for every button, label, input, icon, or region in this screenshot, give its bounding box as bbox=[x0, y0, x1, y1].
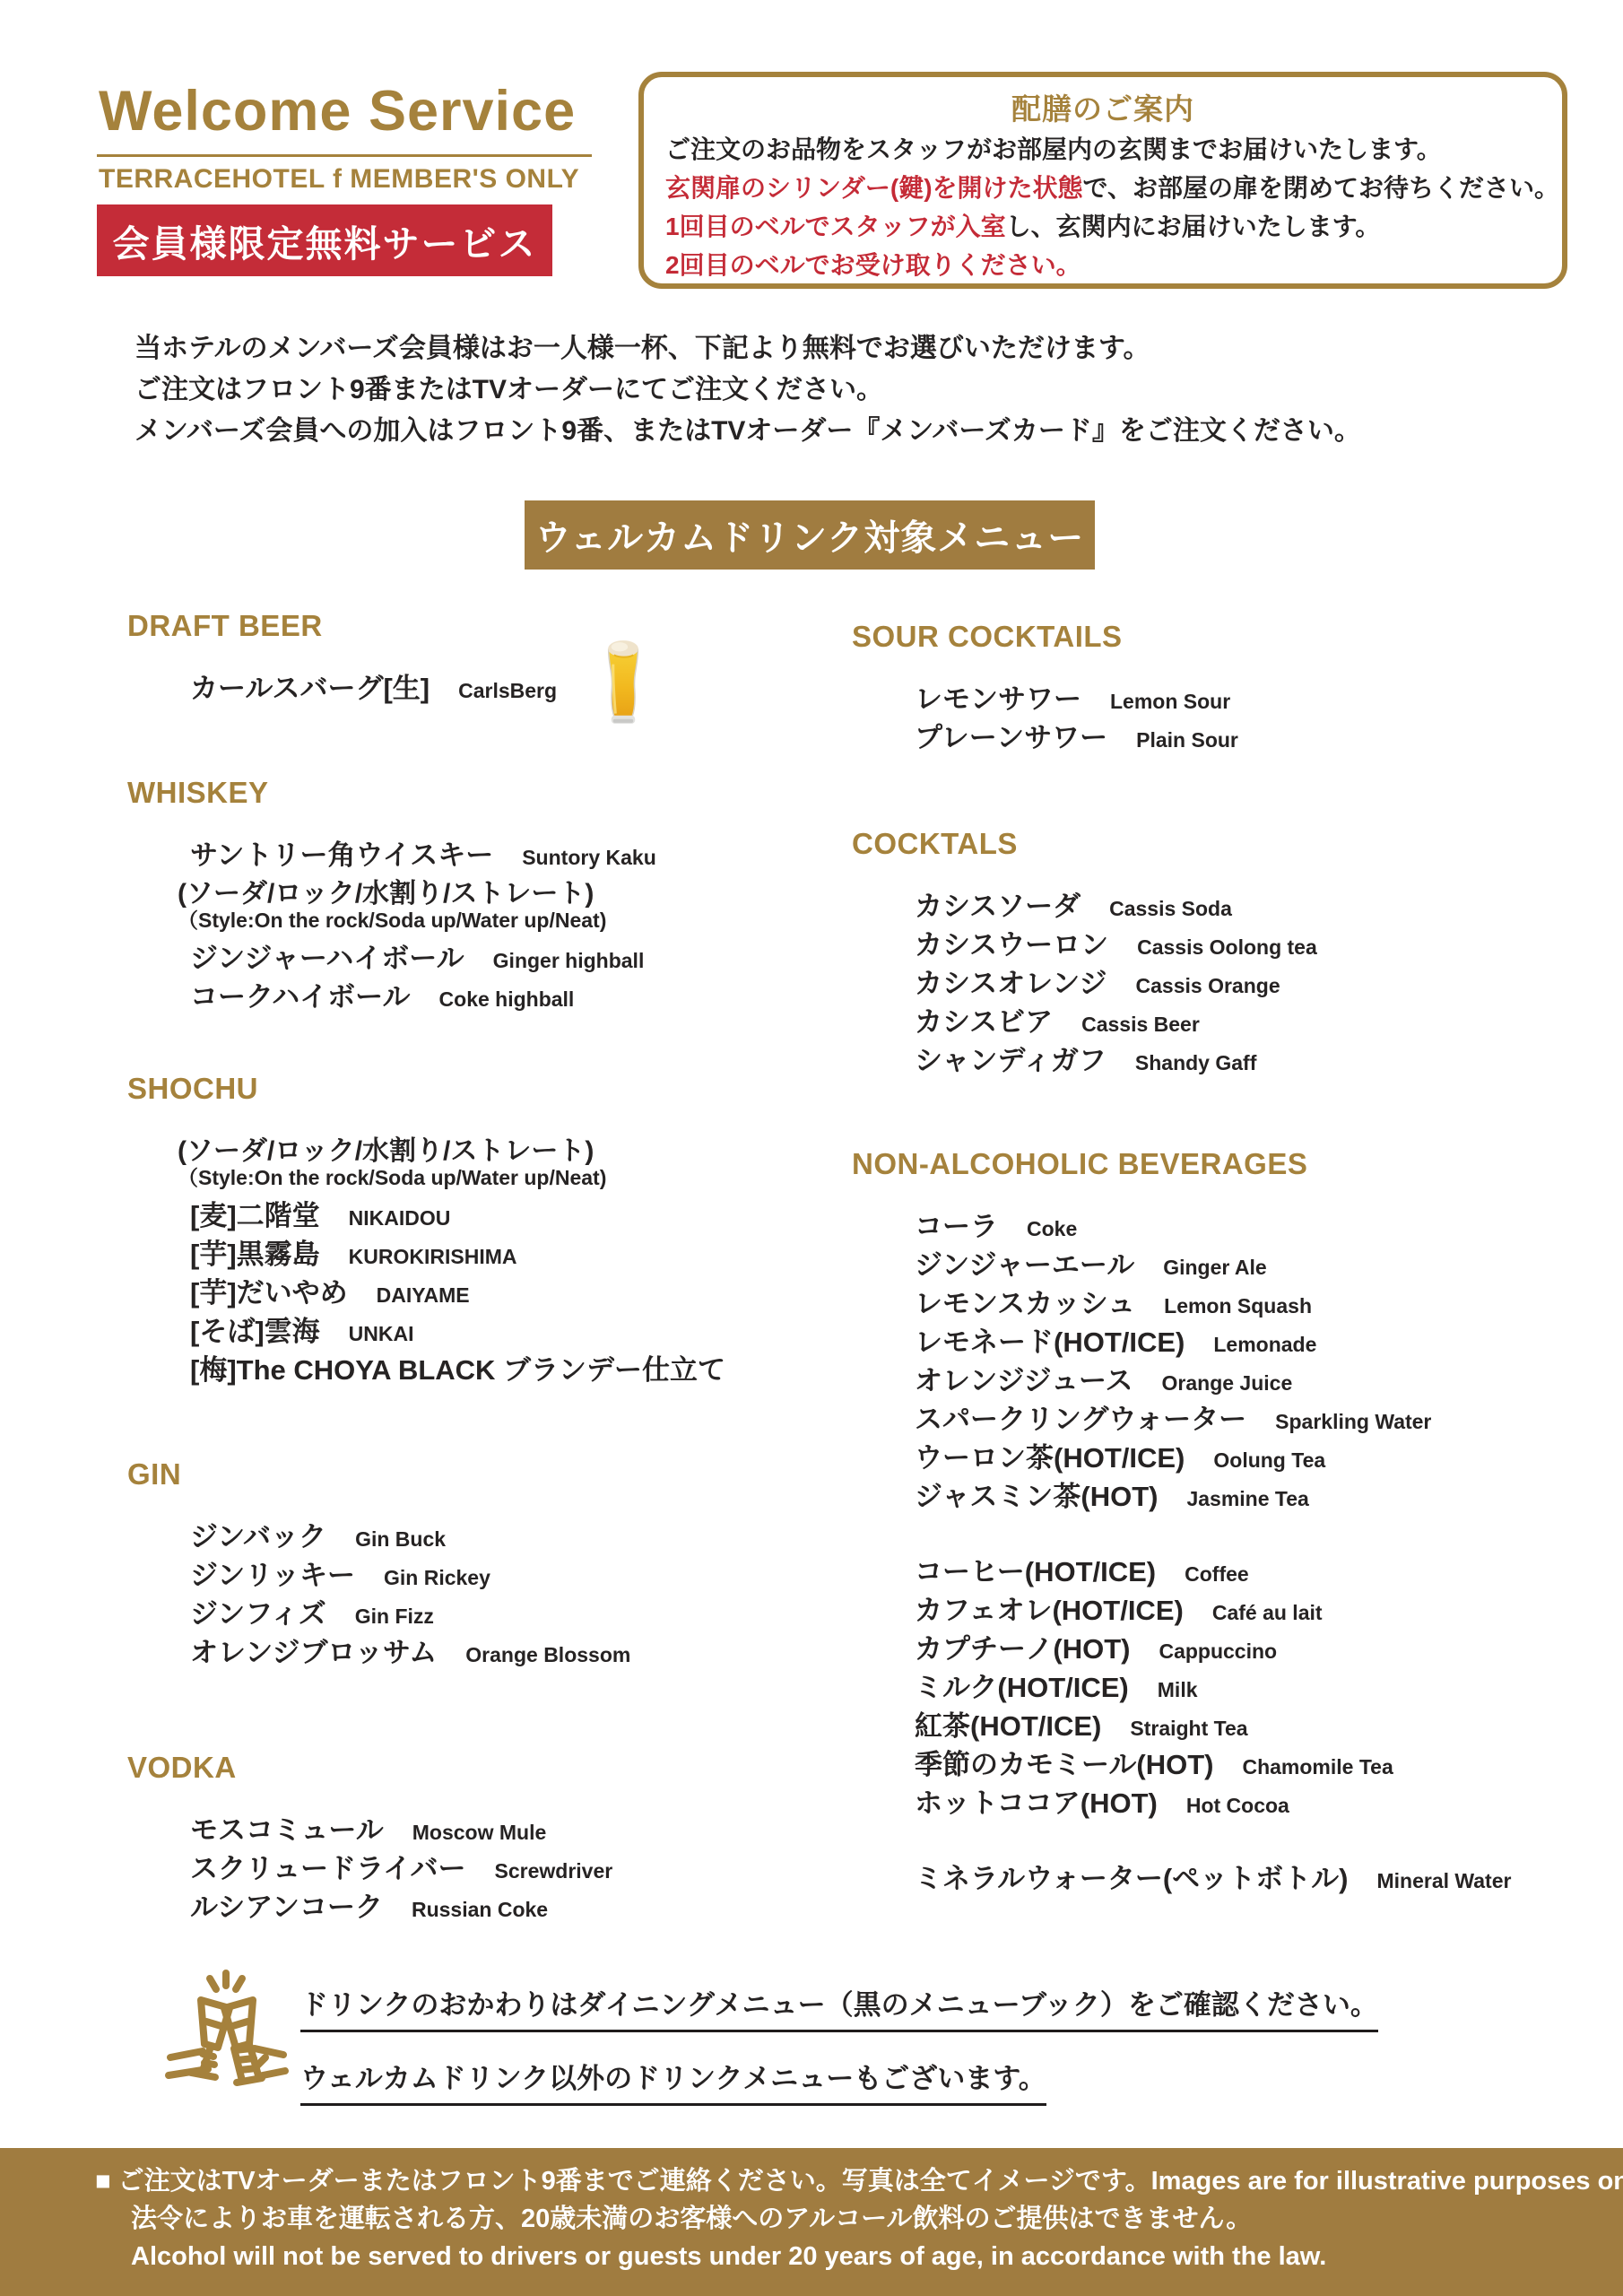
menu-item: オレンジブロッサムOrange Blossom bbox=[190, 1630, 845, 1668]
item-name-en: Cassis Beer bbox=[1081, 1013, 1200, 1037]
section-title-draft-beer: DRAFT BEER bbox=[127, 608, 845, 644]
page-title: Welcome Service bbox=[99, 79, 576, 143]
menu-item: コークハイボールCoke highball bbox=[190, 974, 845, 1013]
delivery-instruction-line: ご注文のお品物をスタッフがお部屋内の玄関までお届けいたします。 bbox=[665, 130, 1546, 169]
item-name-en: Oolung Tea bbox=[1213, 1448, 1325, 1473]
item-name-en: NIKAIDOU bbox=[349, 1206, 451, 1231]
menu-item: レモンスカッシュLemon Squash bbox=[915, 1281, 1569, 1319]
menu-item: ルシアンコークRussian Coke bbox=[190, 1884, 845, 1923]
section-items: カシスソーダCassis SodaカシスウーロンCassis Oolong te… bbox=[852, 883, 1569, 1076]
section-draft-beer: DRAFT BEERカールスバーグ[生]CarlsBerg bbox=[127, 608, 845, 704]
delivery-text-segment: で、お部屋の扉を閉めてお待ちください。 bbox=[1083, 174, 1559, 202]
beer-glass-image bbox=[597, 637, 649, 728]
item-name-jp: ジンフィズ bbox=[190, 1591, 326, 1631]
menu-item: [そば]雲海UNKAI bbox=[190, 1309, 845, 1347]
menu-item: ジンジャーエールGinger Ale bbox=[915, 1242, 1569, 1281]
section-title-whiskey: WHISKEY bbox=[127, 775, 845, 811]
menu-item: ミルク(HOT/ICE)Milk bbox=[915, 1665, 1569, 1703]
welcome-service-menu-page: Welcome Service TERRACEHOTEL f MEMBER'S … bbox=[0, 0, 1623, 2296]
delivery-info-title: 配膳のご案内 bbox=[644, 86, 1562, 128]
section-sour-cocktails: SOUR COCKTAILSレモンサワーLemon SourプレーンサワーPla… bbox=[852, 619, 1569, 753]
item-name-jp: カフェオレ(HOT/ICE) bbox=[915, 1587, 1184, 1628]
item-name-jp: カシスウーロン bbox=[915, 922, 1108, 962]
section-items: カールスバーグ[生]CarlsBerg bbox=[127, 665, 845, 704]
menu-item: カシスソーダCassis Soda bbox=[915, 883, 1569, 922]
item-name-en: Gin Fizz bbox=[355, 1605, 434, 1629]
style-note-en: （Style:On the rock/Soda up/Water up/Neat… bbox=[178, 1161, 845, 1193]
intro-line: メンバーズ会員への加入はフロント9番、またはTVオーダー『メンバーズカード』をご… bbox=[135, 411, 1361, 452]
menu-item: サントリー角ウイスキーSuntory Kaku bbox=[190, 832, 845, 871]
item-name-jp: プレーンサワー bbox=[915, 715, 1107, 755]
item-name-jp: [芋]黒霧島 bbox=[190, 1231, 320, 1272]
item-name-en: CarlsBerg bbox=[458, 679, 557, 703]
brand-subtitle: TERRACEHOTEL f MEMBER'S ONLY bbox=[99, 164, 579, 195]
style-note-en: （Style:On the rock/Soda up/Water up/Neat… bbox=[178, 904, 845, 935]
items-gap bbox=[915, 1512, 1569, 1549]
section-non-alcoholic: NON-ALCOHOLIC BEVERAGESコーラCokeジンジャーエールGi… bbox=[852, 1146, 1569, 1894]
item-name-en: Screwdriver bbox=[495, 1859, 613, 1883]
item-name-jp: オレンジジュース bbox=[915, 1358, 1133, 1398]
section-items: サントリー角ウイスキーSuntory Kaku(ソーダ/ロック/水割り/ストレー… bbox=[127, 832, 845, 1013]
menu-item: ミネラルウォーター(ペットボトル)Mineral Water bbox=[915, 1856, 1569, 1894]
item-name-jp: 季節のカモミール(HOT) bbox=[915, 1742, 1213, 1782]
item-name-en: Ginger Ale bbox=[1163, 1256, 1266, 1280]
item-name-jp: [そば]雲海 bbox=[190, 1309, 320, 1349]
item-name-jp: [芋]だいやめ bbox=[190, 1270, 348, 1310]
item-name-jp: ミルク(HOT/ICE) bbox=[915, 1665, 1129, 1705]
item-name-en: Orange Blossom bbox=[465, 1643, 630, 1667]
refill-note-line: ドリンクのおかわりはダイニングメニュー（黒のメニューブック）をご確認ください。 bbox=[300, 1982, 1378, 2032]
item-name-en: Russian Coke bbox=[412, 1898, 548, 1922]
footer-note-line: Alcohol will not be served to drivers or… bbox=[95, 2238, 1587, 2275]
item-name-en: Orange Juice bbox=[1162, 1371, 1293, 1396]
menu-item: スクリュードライバーScrewdriver bbox=[190, 1846, 845, 1884]
item-name-jp: コークハイボール bbox=[190, 974, 411, 1014]
menu-item: プレーンサワーPlain Sour bbox=[915, 715, 1569, 753]
menu-item: カフェオレ(HOT/ICE)Café au lait bbox=[915, 1587, 1569, 1626]
section-vodka: VODKAモスコミュールMoscow MuleスクリュードライバーScrewdr… bbox=[127, 1750, 845, 1923]
menu-item: コーヒー(HOT/ICE)Coffee bbox=[915, 1549, 1569, 1587]
section-items: (ソーダ/ロック/水割り/ストレート)（Style:On the rock/So… bbox=[127, 1128, 845, 1386]
item-name-jp: コーラ bbox=[915, 1204, 998, 1244]
item-name-jp: スパークリングウォーター bbox=[915, 1396, 1246, 1437]
refill-notes: ドリンクのおかわりはダイニングメニュー（黒のメニューブック）をご確認ください。ウ… bbox=[300, 1982, 1378, 2106]
welcome-drink-banner: ウェルカムドリンク対象メニュー bbox=[525, 500, 1095, 570]
item-name-jp: 紅茶(HOT/ICE) bbox=[915, 1703, 1101, 1744]
section-shochu: SHOCHU(ソーダ/ロック/水割り/ストレート)（Style:On the r… bbox=[127, 1071, 845, 1386]
section-items: ジンバックGin BuckジンリッキーGin RickeyジンフィズGin Fi… bbox=[127, 1514, 845, 1668]
delivery-info-box: 配膳のご案内 ご注文のお品物をスタッフがお部屋内の玄関までお届けいたします。玄関… bbox=[638, 72, 1567, 289]
item-name-en: Coke bbox=[1027, 1217, 1077, 1241]
footer-notice-banner: ■ ご注文はTVオーダーまたはフロント9番までご連絡ください。写真は全てイメージ… bbox=[0, 2148, 1623, 2296]
item-name-en: Straight Tea bbox=[1130, 1717, 1247, 1741]
item-name-jp: ホットココア(HOT) bbox=[915, 1780, 1158, 1821]
menu-item: オレンジジュースOrange Juice bbox=[915, 1358, 1569, 1396]
item-name-jp: ジンバック bbox=[190, 1514, 326, 1554]
item-name-en: Hot Cocoa bbox=[1186, 1794, 1289, 1818]
menu-item: [芋]黒霧島KUROKIRISHIMA bbox=[190, 1231, 845, 1270]
menu-item: シャンディガフShandy Gaff bbox=[915, 1038, 1569, 1076]
menu-item: ジンリッキーGin Rickey bbox=[190, 1552, 845, 1591]
item-name-jp: ルシアンコーク bbox=[190, 1884, 383, 1925]
item-name-jp: レモンサワー bbox=[915, 676, 1081, 717]
item-name-en: Moscow Mule bbox=[412, 1821, 547, 1845]
items-gap bbox=[915, 1819, 1569, 1856]
delivery-text-segment: し、玄関内にお届けいたします。 bbox=[1006, 213, 1381, 240]
delivery-text-segment: 2回目のベルでお受け取りください。 bbox=[665, 251, 1081, 279]
item-name-en: UNKAI bbox=[349, 1322, 414, 1346]
item-name-jp: サントリー角ウイスキー bbox=[190, 832, 493, 873]
menu-item: レモンサワーLemon Sour bbox=[915, 676, 1569, 715]
item-name-en: Cassis Oolong tea bbox=[1137, 935, 1317, 960]
item-name-jp: レモネード(HOT/ICE) bbox=[915, 1319, 1185, 1360]
item-name-jp: カールスバーグ[生] bbox=[190, 665, 430, 706]
item-name-jp: レモンスカッシュ bbox=[915, 1281, 1135, 1321]
intro-line: ご注文はフロント9番またはTVオーダーにてご注文ください。 bbox=[135, 370, 1361, 411]
delivery-text-segment: ご注文のお品物をスタッフがお部屋内の玄関までお届けいたします。 bbox=[665, 135, 1442, 163]
section-title-non-alcoholic: NON-ALCOHOLIC BEVERAGES bbox=[852, 1146, 1569, 1182]
menu-item: レモネード(HOT/ICE)Lemonade bbox=[915, 1319, 1569, 1358]
menu-item: ホットココア(HOT)Hot Cocoa bbox=[915, 1780, 1569, 1819]
item-name-jp: コーヒー(HOT/ICE) bbox=[915, 1549, 1156, 1589]
delivery-info-lines: ご注文のお品物をスタッフがお部屋内の玄関までお届けいたします。玄関扉のシリンダー… bbox=[644, 128, 1562, 284]
item-name-jp: [梅]The CHOYA BLACK ブランデー仕立て bbox=[190, 1347, 725, 1387]
item-name-en: Mineral Water bbox=[1376, 1869, 1511, 1893]
item-name-jp: シャンディガフ bbox=[915, 1038, 1107, 1078]
item-name-jp: オレンジブロッサム bbox=[190, 1630, 437, 1670]
item-name-en: Café au lait bbox=[1212, 1601, 1323, 1625]
section-title-vodka: VODKA bbox=[127, 1750, 845, 1786]
item-name-en: Coffee bbox=[1185, 1562, 1249, 1587]
menu-item: ジンジャーハイボールGinger highball bbox=[190, 935, 845, 974]
item-name-jp: ジャスミン茶(HOT) bbox=[915, 1474, 1158, 1514]
section-whiskey: WHISKEYサントリー角ウイスキーSuntory Kaku(ソーダ/ロック/水… bbox=[127, 775, 845, 1013]
delivery-text-segment: 玄関扉のシリンダー(鍵)を開けた状態 bbox=[665, 174, 1083, 202]
delivery-instruction-line: 1回目のベルでスタッフが入室し、玄関内にお届けいたします。 bbox=[665, 207, 1546, 246]
menu-item: コーラCoke bbox=[915, 1204, 1569, 1242]
menu-item: カシスオレンジCassis Orange bbox=[915, 961, 1569, 999]
item-name-en: Lemon Squash bbox=[1164, 1294, 1312, 1318]
item-name-jp: ジンジャーハイボール bbox=[190, 935, 464, 976]
style-note-jp: (ソーダ/ロック/水割り/ストレート) bbox=[178, 1128, 845, 1161]
item-name-jp: カシスソーダ bbox=[915, 883, 1081, 924]
item-name-jp: モスコミュール bbox=[190, 1807, 384, 1848]
section-cocktails: COCKTALSカシスソーダCassis SodaカシスウーロンCassis O… bbox=[852, 826, 1569, 1076]
menu-item: 季節のカモミール(HOT)Chamomile Tea bbox=[915, 1742, 1569, 1780]
item-name-en: Gin Rickey bbox=[384, 1566, 490, 1590]
section-items: モスコミュールMoscow MuleスクリュードライバーScrewdriverル… bbox=[127, 1807, 845, 1923]
item-name-jp: カシスオレンジ bbox=[915, 961, 1107, 1001]
section-title-gin: GIN bbox=[127, 1457, 845, 1492]
item-name-en: Milk bbox=[1158, 1678, 1198, 1702]
menu-item: モスコミュールMoscow Mule bbox=[190, 1807, 845, 1846]
menu-item: 紅茶(HOT/ICE)Straight Tea bbox=[915, 1703, 1569, 1742]
menu-item: ジンフィズGin Fizz bbox=[190, 1591, 845, 1630]
item-name-en: Ginger highball bbox=[493, 949, 645, 973]
menu-item: [麦]二階堂NIKAIDOU bbox=[190, 1193, 845, 1231]
delivery-text-segment: 1回目のベルでスタッフが入室 bbox=[665, 213, 1006, 240]
item-name-en: Cassis Soda bbox=[1109, 897, 1232, 921]
menu-item: カシスウーロンCassis Oolong tea bbox=[915, 922, 1569, 961]
item-name-jp: カシスビア bbox=[915, 999, 1053, 1039]
section-title-cocktails: COCKTALS bbox=[852, 826, 1569, 862]
menu-item: ジンバックGin Buck bbox=[190, 1514, 845, 1552]
intro-line: 当ホテルのメンバーズ会員様はお一人様一杯、下記より無料でお選びいただけます。 bbox=[135, 328, 1361, 370]
item-name-en: KUROKIRISHIMA bbox=[349, 1245, 517, 1269]
item-name-jp: ジンリッキー bbox=[190, 1552, 355, 1593]
style-note-jp: (ソーダ/ロック/水割り/ストレート) bbox=[178, 871, 845, 904]
item-name-en: Jasmine Tea bbox=[1186, 1487, 1308, 1511]
item-name-en: Plain Sour bbox=[1136, 728, 1238, 752]
item-name-en: Gin Buck bbox=[355, 1527, 446, 1552]
menu-item: [芋]だいやめDAIYAME bbox=[190, 1270, 845, 1309]
menu-item: カプチーノ(HOT)Cappuccino bbox=[915, 1626, 1569, 1665]
item-name-jp: [麦]二階堂 bbox=[190, 1193, 320, 1233]
menu-item: [梅]The CHOYA BLACK ブランデー仕立て bbox=[190, 1347, 845, 1386]
item-name-en: DAIYAME bbox=[377, 1283, 470, 1308]
item-name-jp: ジンジャーエール bbox=[915, 1242, 1134, 1283]
item-name-jp: スクリュードライバー bbox=[190, 1846, 466, 1886]
members-only-badge: 会員様限定無料サービス bbox=[97, 204, 552, 276]
intro-paragraph: 当ホテルのメンバーズ会員様はお一人様一杯、下記より無料でお選びいただけます。ご注… bbox=[135, 328, 1361, 452]
item-name-jp: カプチーノ(HOT) bbox=[915, 1626, 1130, 1666]
section-gin: GINジンバックGin BuckジンリッキーGin RickeyジンフィズGin… bbox=[127, 1457, 845, 1668]
item-name-en: Coke highball bbox=[439, 987, 575, 1012]
item-name-en: Lemon Sour bbox=[1110, 690, 1230, 714]
cheers-glasses-icon bbox=[163, 1968, 291, 2111]
item-name-en: Shandy Gaff bbox=[1135, 1051, 1256, 1075]
item-name-en: Sparkling Water bbox=[1275, 1410, 1431, 1434]
refill-note-line: ウェルカムドリンク以外のドリンクメニューもございます。 bbox=[300, 2056, 1046, 2106]
item-name-en: Suntory Kaku bbox=[522, 846, 656, 870]
menu-item: カールスバーグ[生]CarlsBerg bbox=[190, 665, 845, 704]
item-name-en: Chamomile Tea bbox=[1242, 1755, 1393, 1779]
delivery-instruction-line: 玄関扉のシリンダー(鍵)を開けた状態で、お部屋の扉を閉めてお待ちください。 bbox=[665, 169, 1546, 207]
menu-item: ジャスミン茶(HOT)Jasmine Tea bbox=[915, 1474, 1569, 1512]
footer-note-line: 法令によりお車を運転される方、20歳未満のお客様へのアルコール飲料のご提供はでき… bbox=[95, 2200, 1587, 2238]
section-title-sour-cocktails: SOUR COCKTAILS bbox=[852, 619, 1569, 655]
item-name-en: Cappuccino bbox=[1159, 1639, 1277, 1664]
menu-item: カシスビアCassis Beer bbox=[915, 999, 1569, 1038]
menu-item: スパークリングウォーターSparkling Water bbox=[915, 1396, 1569, 1435]
item-name-en: Lemonade bbox=[1213, 1333, 1316, 1357]
section-title-shochu: SHOCHU bbox=[127, 1071, 845, 1107]
menu-item: ウーロン茶(HOT/ICE)Oolung Tea bbox=[915, 1435, 1569, 1474]
footer-note-line: ■ ご注文はTVオーダーまたはフロント9番までご連絡ください。写真は全てイメージ… bbox=[95, 2162, 1587, 2200]
delivery-instruction-line: 2回目のベルでお受け取りください。 bbox=[665, 246, 1546, 284]
section-items: レモンサワーLemon SourプレーンサワーPlain Sour bbox=[852, 676, 1569, 753]
section-items: コーラCokeジンジャーエールGinger AleレモンスカッシュLemon S… bbox=[852, 1204, 1569, 1894]
title-underline bbox=[97, 154, 592, 157]
item-name-jp: ウーロン茶(HOT/ICE) bbox=[915, 1435, 1185, 1475]
item-name-jp: ミネラルウォーター(ペットボトル) bbox=[915, 1856, 1348, 1896]
item-name-en: Cassis Orange bbox=[1136, 974, 1280, 998]
